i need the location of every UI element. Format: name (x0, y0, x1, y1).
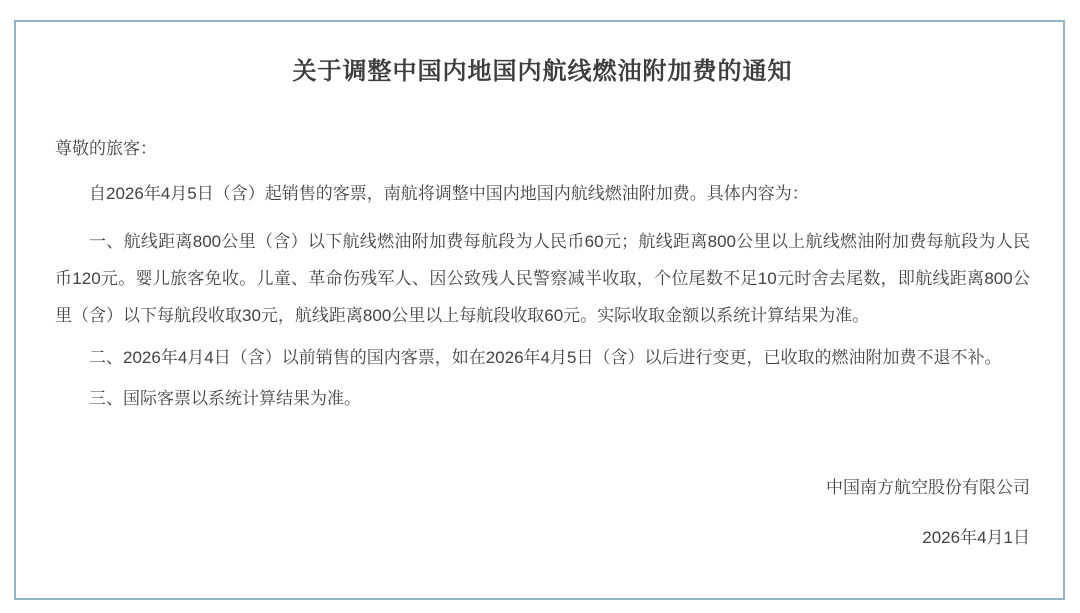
company-signature: 中国南方航空股份有限公司 (55, 469, 1030, 506)
notice-title: 关于调整中国内地国内航线燃油附加费的通知 (55, 56, 1030, 88)
notice-item-1: 一、航线距离800公里（含）以下航线燃油附加费每航段为人民币60元；航线距离80… (55, 223, 1030, 334)
salutation: 尊敬的旅客： (55, 130, 1030, 167)
notice-card: 关于调整中国内地国内航线燃油附加费的通知 尊敬的旅客： 自2026年4月5日（含… (14, 20, 1065, 600)
notice-item-2: 二、2026年4月4日（含）以前销售的国内客票，如在2026年4月5日（含）以后… (55, 339, 1030, 376)
intro-paragraph: 自2026年4月5日（含）起销售的客票，南航将调整中国内地国内航线燃油附加费。具… (55, 175, 1030, 212)
notice-date: 2026年4月1日 (55, 519, 1030, 556)
notice-item-3: 三、国际客票以系统计算结果为准。 (55, 380, 1030, 417)
